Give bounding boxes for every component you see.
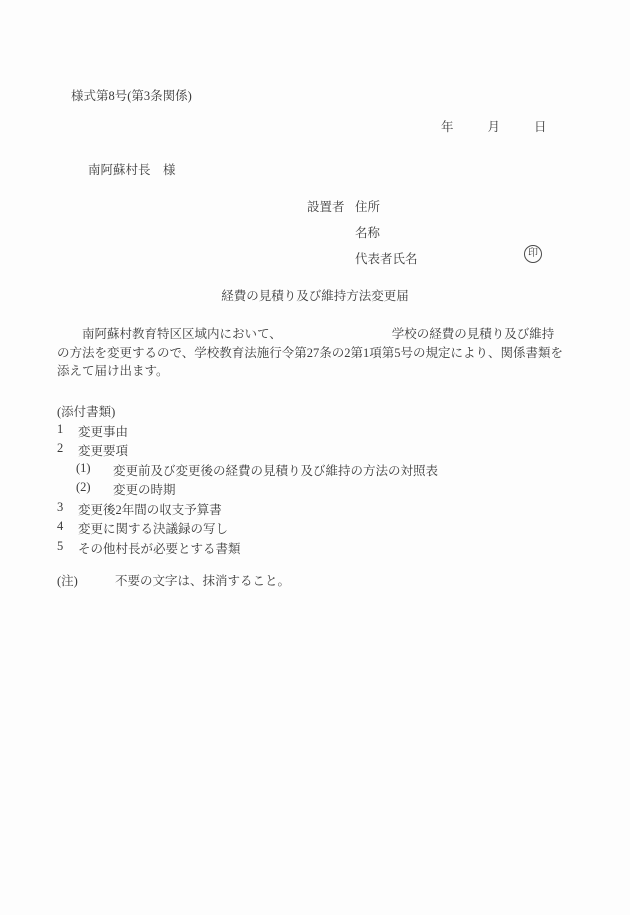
addressee: 南阿蘇村長 様 xyxy=(88,162,176,178)
list-item-number: 4 xyxy=(57,519,78,534)
list-item-number: 1 xyxy=(57,422,78,437)
list-item-label: 変更事由 xyxy=(78,422,128,440)
attachments-header: (添付書類) xyxy=(57,402,573,422)
body-text-after-blank: 学校の経費の見積り及び維持 xyxy=(392,327,555,341)
list-item-label: 変更前及び変更後の経費の見積り及び維持の方法の対照表 xyxy=(113,461,438,479)
list-item-label: 変更後2年間の収支予算書 xyxy=(78,500,222,518)
list-subitem: (2) 変更の時期 xyxy=(57,480,573,500)
footnote: (注) 不要の文字は、抹消すること。 xyxy=(57,571,290,589)
list-item-number: 5 xyxy=(57,539,78,554)
list-item: 5 その他村長が必要とする書類 xyxy=(57,539,573,559)
form-number: 様式第8号(第3条関係) xyxy=(71,88,192,104)
list-item: 3 変更後2年間の収支予算書 xyxy=(57,500,573,520)
submitter-label: 設置者 xyxy=(307,197,345,215)
submitter-representative-label: 代表者氏名 xyxy=(355,249,418,267)
submitter-name-label: 名称 xyxy=(355,223,380,241)
seal-mark-icon: 印 xyxy=(524,245,542,263)
document-page: 様式第8号(第3条関係) 年 月 日 南阿蘇村長 様 設置者 住所 名称 代表者… xyxy=(0,0,630,915)
body-paragraph-line2: の方法を変更するので、学校教育法施行令第27条の2第1項第5号の規定により、関係… xyxy=(57,343,563,361)
list-subitem: (1) 変更前及び変更後の経費の見積り及び維持の方法の対照表 xyxy=(57,461,573,481)
body-paragraph-line3: 添えて届け出ます。 xyxy=(57,361,169,379)
list-item: 4 変更に関する決議録の写し xyxy=(57,519,573,539)
list-item: 2 変更要項 xyxy=(57,441,573,461)
submitter-address-label: 住所 xyxy=(355,197,380,215)
list-item-number: 3 xyxy=(57,500,78,515)
list-item: 1 変更事由 xyxy=(57,422,573,442)
attachments-list: (添付書類) 1 変更事由 2 変更要項 (1) 変更前及び変更後の経費の見積り… xyxy=(57,402,573,558)
document-title: 経費の見積り及び維持方法変更届 xyxy=(0,286,630,304)
body-text-before-blank: 南阿蘇村教育特区区域内において、 xyxy=(82,327,282,341)
school-name-blank-field xyxy=(282,337,392,338)
list-item-label: 変更に関する決議録の写し xyxy=(78,519,228,537)
list-item-number: (1) xyxy=(76,461,113,476)
list-item-number: (2) xyxy=(76,480,113,495)
list-item-number: 2 xyxy=(57,441,78,456)
list-item-label: その他村長が必要とする書類 xyxy=(78,539,241,557)
footnote-text: 不要の文字は、抹消すること。 xyxy=(115,571,290,589)
body-paragraph-line1: 南阿蘇村教育特区区域内において、学校の経費の見積り及び維持 xyxy=(57,324,554,342)
date-line: 年 月 日 xyxy=(441,119,550,135)
footnote-label: (注) xyxy=(57,571,115,589)
list-item-label: 変更の時期 xyxy=(113,480,176,498)
list-item-label: 変更要項 xyxy=(78,441,128,459)
